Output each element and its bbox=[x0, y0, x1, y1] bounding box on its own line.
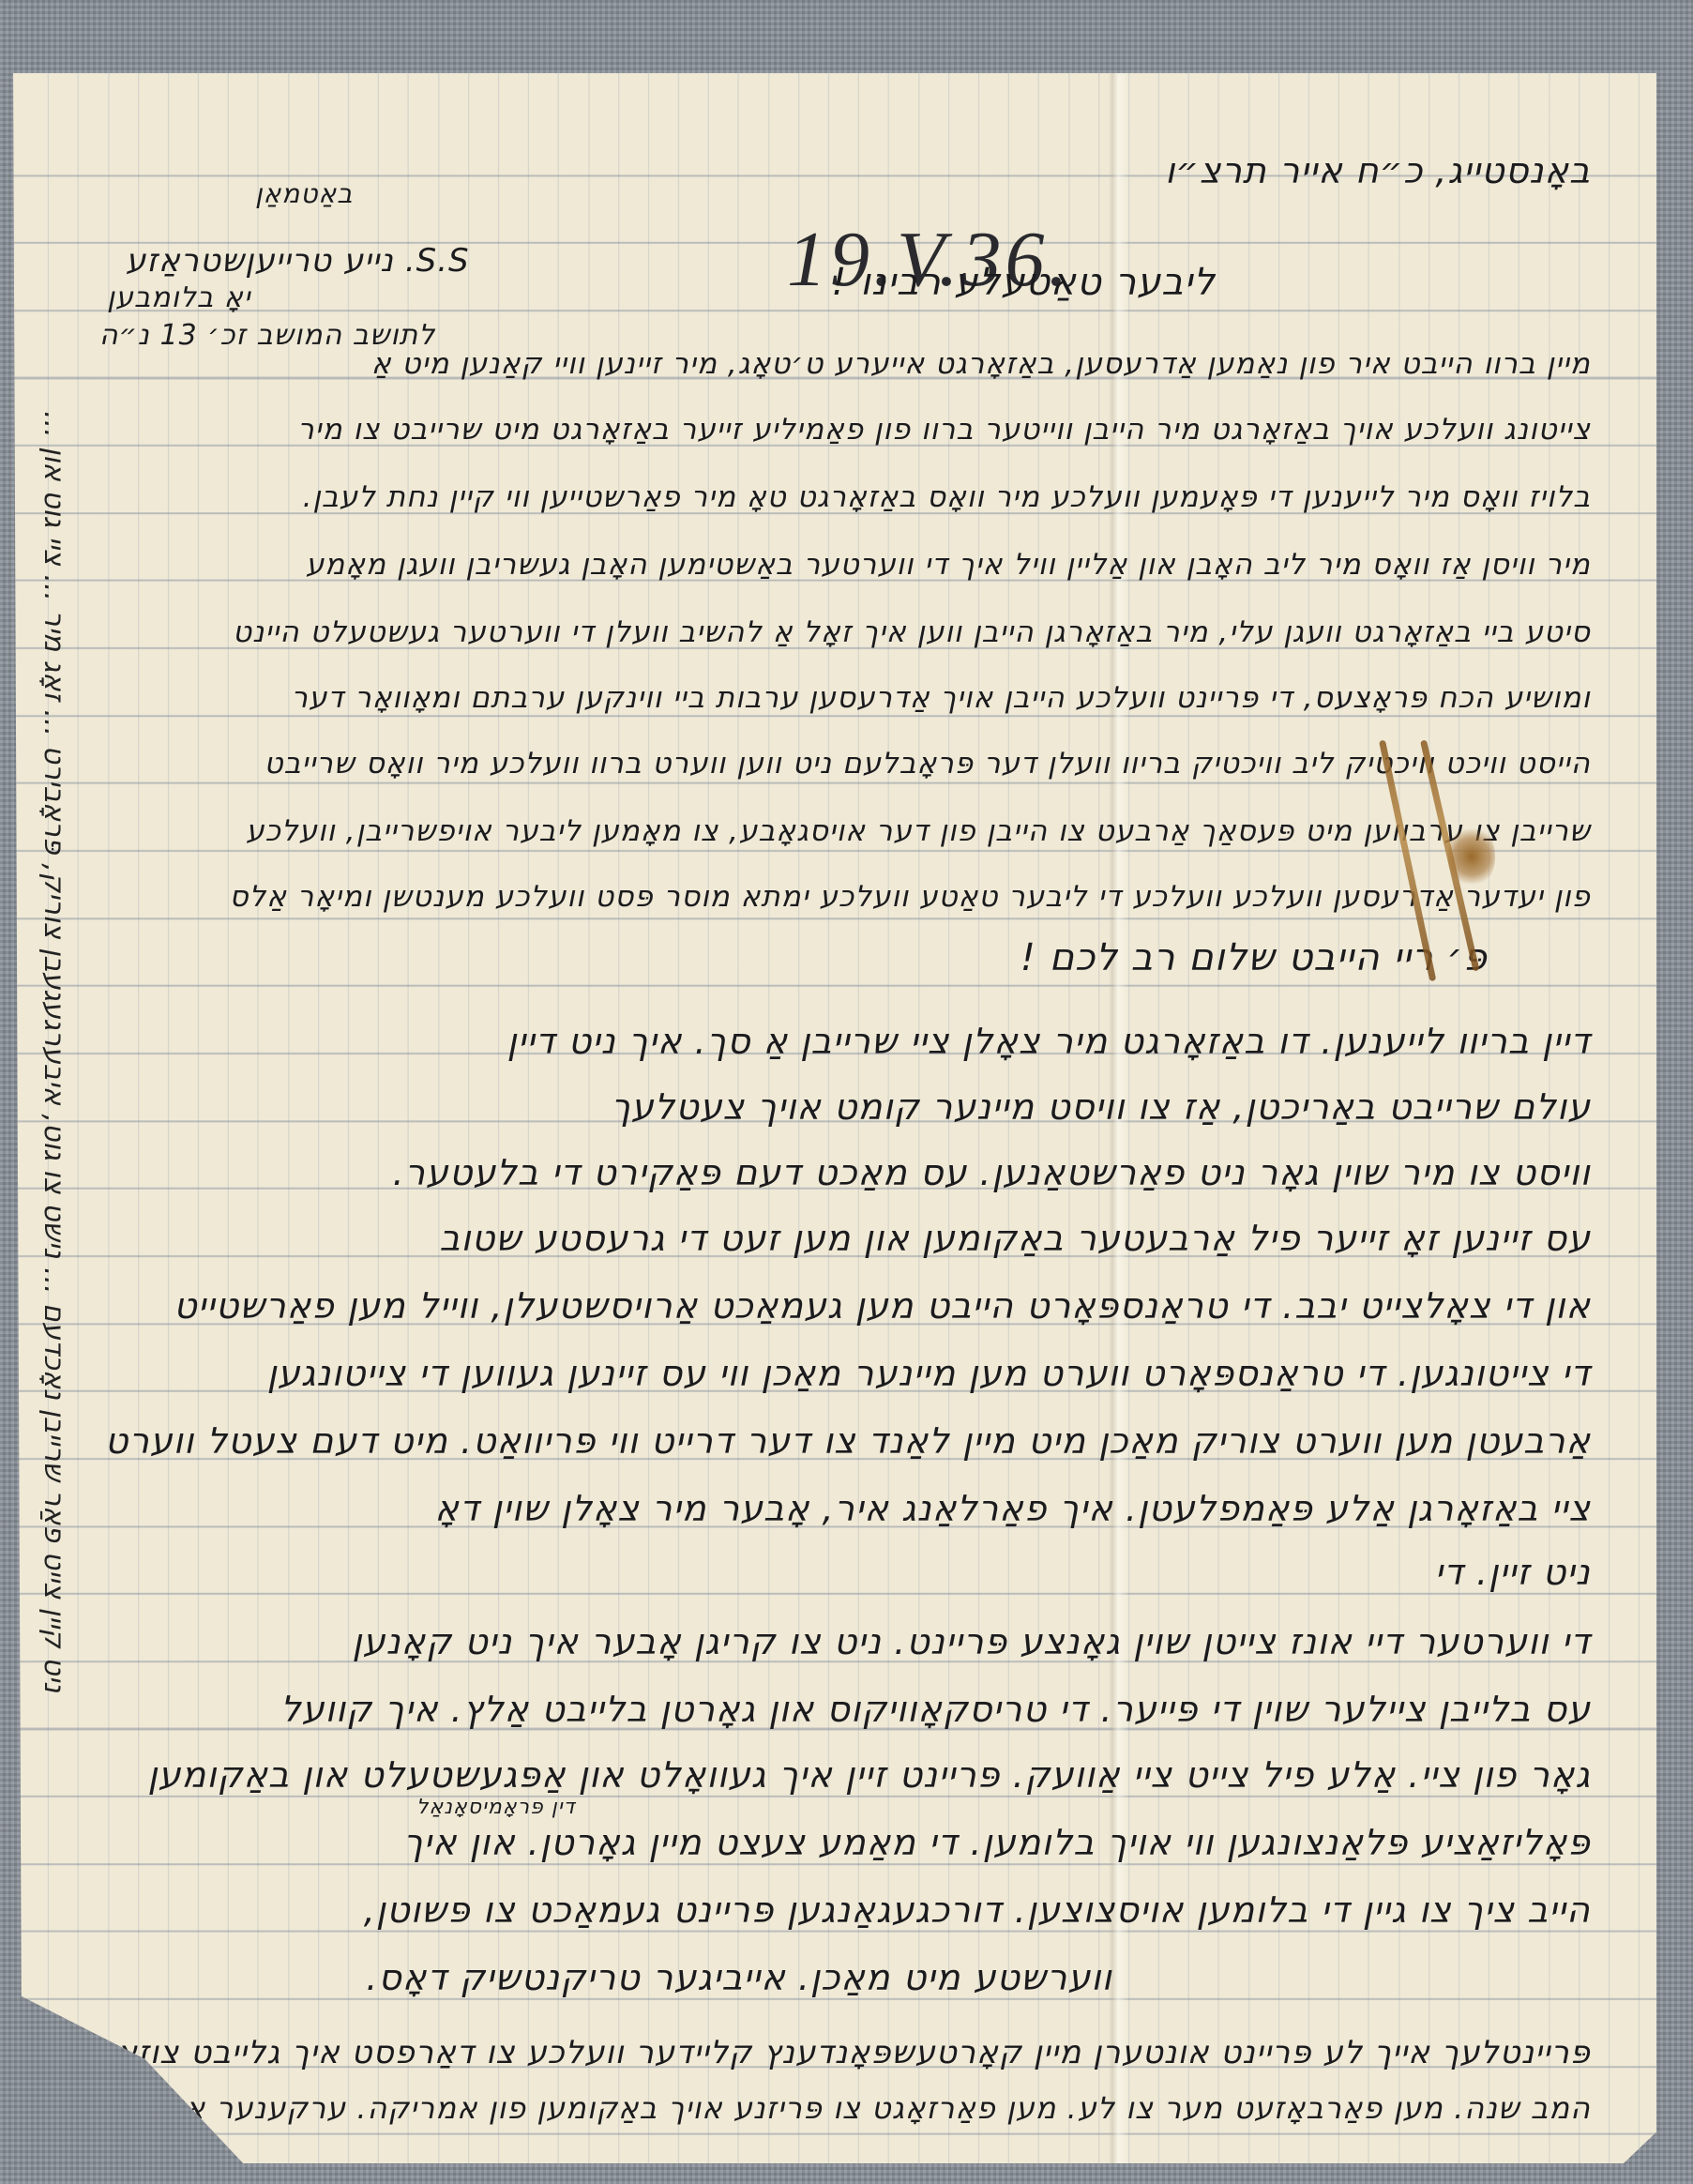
salutation: ליבער טאַטעלע רבינו ! bbox=[831, 261, 1216, 304]
body-line: די צייטונגען. די טראַנספּאָרט ווערט מען … bbox=[267, 1353, 1591, 1394]
rust-blot bbox=[1448, 824, 1495, 889]
body-line: ווערשטע מיט מאַכן. אייביגער טריקנטשיק דא… bbox=[366, 1957, 1112, 1998]
insertion-note: דין פּראָמיסאָנאַל bbox=[416, 1796, 576, 1819]
body-line: בלויז וואָס מיר לייענען די פּאָעמען וועל… bbox=[303, 480, 1591, 514]
body-line: ציי באַזאָרגן אַלע פּאַמפלעטן. איך פאַרל… bbox=[435, 1488, 1591, 1529]
body-line: דיין בריוו לייענען. דו באַזאָרגט מיר צאָ… bbox=[506, 1021, 1591, 1062]
place-and-hebrew-date: באָנסטייג, כ״ח אייר תרצ״ו bbox=[1165, 150, 1591, 191]
greeting-label: באַטמאַן bbox=[255, 178, 353, 209]
closing-line-2a: פּריינטלעך אייך לע פּריינט אונטערן מיין … bbox=[0, 2034, 1591, 2071]
body-line: סיטע ביי באַזאָרגט וועגן עלי, מיר באַזאָ… bbox=[233, 615, 1591, 649]
body-line: וויסט צו מיר שוין גאָר ניט פאַרשטאַנען. … bbox=[393, 1152, 1591, 1193]
address-line-1: S.S. נייע טרייעןשטראַזע bbox=[126, 242, 470, 280]
closing-line-1: פּ׳ ריי הייבט שלום רב לכם ! bbox=[1020, 936, 1488, 979]
body-line: עולם שרייבט באַריכטן, אַז צו וויסט מיינע… bbox=[611, 1086, 1591, 1128]
body-line: און די צאָלצייט יבב. די טראַנספּאָרט היי… bbox=[174, 1285, 1591, 1327]
body-line: מיר וויסן אַז וואָס מיר ליב האָבן און אַ… bbox=[306, 548, 1591, 582]
margin-note-vertical: ניט קיין צייט פאַר שרייבן נאָכדעם ... ני… bbox=[38, 411, 70, 1692]
body-line: צייטונג וועלכע אויך באַזאָרגט מיר הייבן … bbox=[297, 413, 1591, 447]
body-line: מיין ברוו הייבט איר פון נאַמען אַדרעסען,… bbox=[371, 347, 1591, 381]
body-line: שרייבן צו ערבווען מיט פּעסאַך אַרבעט צו … bbox=[246, 814, 1591, 848]
body-line: ניט זיין. די bbox=[1435, 1552, 1591, 1593]
body-line: הייב ציך צו גיין די בלומען אויסצוצען. דו… bbox=[364, 1889, 1591, 1931]
body-line: ומושיע הכח פּראָצעס, די פּריינט וועלכע ה… bbox=[292, 681, 1591, 715]
body-line: עס זיינען זאָ זייער פיל אַרבעטער באַקומע… bbox=[439, 1218, 1591, 1259]
address-line-2: יאָ בלומבען bbox=[107, 281, 251, 314]
letter-paper: 19.V.36. באָנסטייג, כ״ח אייר תרצ״ו באַטמ… bbox=[13, 73, 1656, 2163]
body-line: פּאָליזאַציע פּלאַנצונגען ווי אויך בלומע… bbox=[403, 1822, 1591, 1863]
body-line: די ווערטער דיי אונז צייטן שוין גאָנצע פּ… bbox=[352, 1621, 1591, 1662]
closing-line-2b: המב שנה. מען פאַרבאָזעט מער צו לע. מען פ… bbox=[15, 2090, 1591, 2126]
body-line: אַרבעטן מען ווערט צוריק מאַכן מיט מיין ל… bbox=[105, 1420, 1591, 1462]
body-line: גאָר פון ציי. אַלע פיל צייט ציי אַוועק. … bbox=[147, 1754, 1591, 1796]
body-line: פון יעדער אַדרעסען וועלכע וועלכע די ליבע… bbox=[230, 880, 1591, 914]
body-line: עס בלייבן ציילער שוין די פּייער. די טריס… bbox=[280, 1689, 1591, 1730]
